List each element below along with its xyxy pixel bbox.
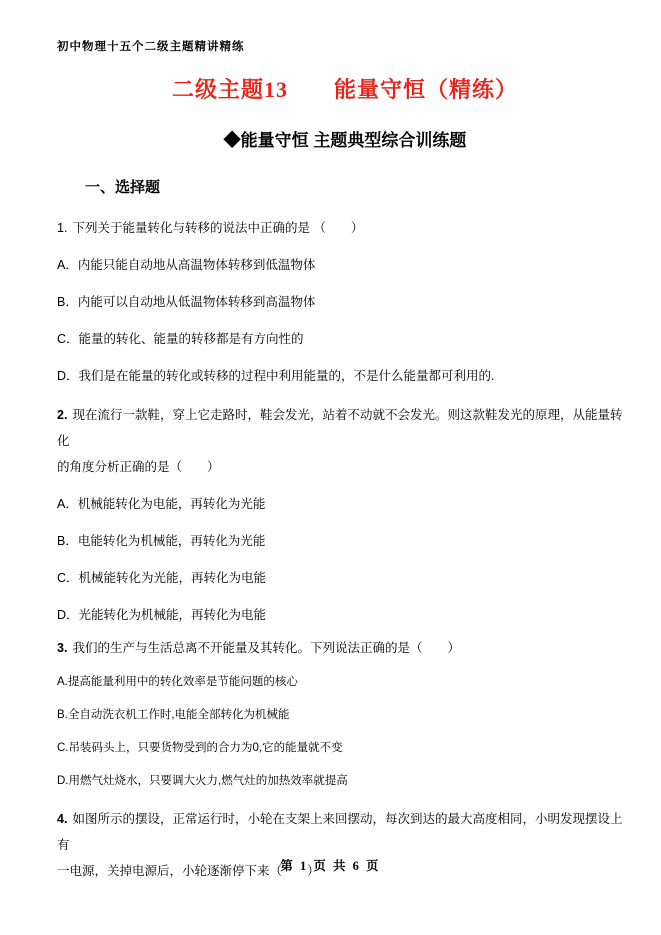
question-4-number: 4. <box>57 812 67 826</box>
question-1-stem: 1.下列关于能量转化与转移的说法中正确的是 （ ） <box>57 215 633 241</box>
question-1-stem-text: 下列关于能量转化与转移的说法中正确的是 （ ） <box>72 221 363 235</box>
document-subtitle: ◆能量守恒 主题典型综合训练题 <box>57 130 633 152</box>
question-1: 1.下列关于能量转化与转移的说法中正确的是 （ ） A．内能只能自动地从高温物体… <box>57 215 633 389</box>
question-1-option-a: A．内能只能自动地从高温物体转移到低温物体 <box>57 252 633 278</box>
question-1-option-d: D．我们是在能量的转化或转移的过程中利用能量的，不是什么能量都可利用的. <box>57 363 633 389</box>
question-3: 3.我们的生产与生活总离不开能量及其转化。下列说法正确的是（ ） A.提高能量利… <box>57 635 633 793</box>
question-1-option-b: B．内能可以自动地从低温物体转移到高温物体 <box>57 289 633 315</box>
question-2: 2.现在流行一款鞋，穿上它走路时，鞋会发光，站着不动就不会发光。则这款鞋发光的原… <box>57 402 633 628</box>
question-3-option-d: D.用燃气灶烧水，只要调大火力,燃气灶的加热效率就提高 <box>57 770 633 793</box>
question-3-number: 3. <box>57 641 67 655</box>
question-2-stem-line-2: 的角度分析正确的是（ ） <box>57 460 220 474</box>
question-2-option-b: B．电能转化为机械能，再转化为光能 <box>57 528 633 554</box>
question-2-option-a: A．机械能转化为电能，再转化为光能 <box>57 491 633 517</box>
question-3-stem-text: 我们的生产与生活总离不开能量及其转化。下列说法正确的是（ ） <box>72 641 460 655</box>
question-4-stem-line-1: 如图所示的摆设，正常运行时，小轮在支架上来回摆动，每次到达的最大高度相同，小明发… <box>57 812 622 852</box>
question-3-option-b: B.全自动洗衣机工作时,电能全部转化为机械能 <box>57 704 633 727</box>
question-2-option-c: C．机械能转化为光能，再转化为电能 <box>57 565 633 591</box>
question-3-stem: 3.我们的生产与生活总离不开能量及其转化。下列说法正确的是（ ） <box>57 635 633 661</box>
question-3-option-c: C.吊装码头上，只要货物受到的合力为0,它的能量就不变 <box>57 737 633 760</box>
document-header-text: 初中物理十五个二级主题精讲精练 <box>57 40 633 54</box>
question-2-number: 2. <box>57 408 67 422</box>
question-1-option-c: C．能量的转化、能量的转移都是有方向性的 <box>57 326 633 352</box>
question-2-stem-line-1: 现在流行一款鞋，穿上它走路时，鞋会发光，站着不动就不会发光。则这款鞋发光的原理，… <box>57 408 622 448</box>
section-heading-choice-questions: 一、选择题 <box>85 178 633 198</box>
page-footer: 第 1 页 共 6 页 <box>0 858 661 874</box>
question-1-number: 1. <box>57 221 67 235</box>
question-2-option-d: D．光能转化为机械能，再转化为电能 <box>57 602 633 628</box>
question-2-stem: 2.现在流行一款鞋，穿上它走路时，鞋会发光，站着不动就不会发光。则这款鞋发光的原… <box>57 402 633 480</box>
document-page: 初中物理十五个二级主题精讲精练 二级主题13 能量守恒（精练） ◆能量守恒 主题… <box>0 0 661 935</box>
document-title: 二级主题13 能量守恒（精练） <box>57 76 633 104</box>
document-content: 初中物理十五个二级主题精讲精练 二级主题13 能量守恒（精练） ◆能量守恒 主题… <box>0 0 661 884</box>
question-3-option-a: A.提高能量利用中的转化效率是节能问题的核心 <box>57 671 633 694</box>
